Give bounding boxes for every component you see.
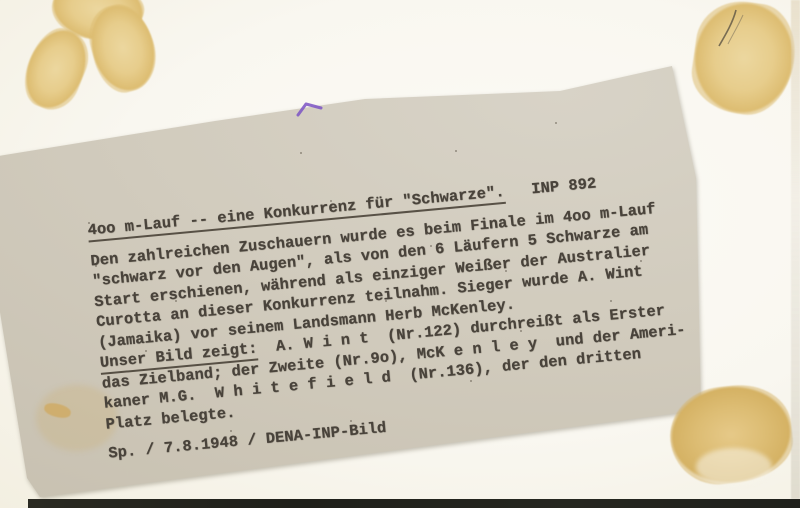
fiber-mark bbox=[728, 15, 743, 44]
scan-bottom-edge bbox=[28, 499, 800, 508]
photo-back-scan: 4oo m-Lauf -- eine Konkurrenz für "Schwa… bbox=[0, 0, 800, 508]
ink-and-fiber-marks bbox=[0, 0, 800, 508]
purple-ink-mark bbox=[298, 104, 321, 115]
fiber-mark bbox=[719, 10, 736, 46]
scan-right-edge bbox=[791, 0, 800, 499]
